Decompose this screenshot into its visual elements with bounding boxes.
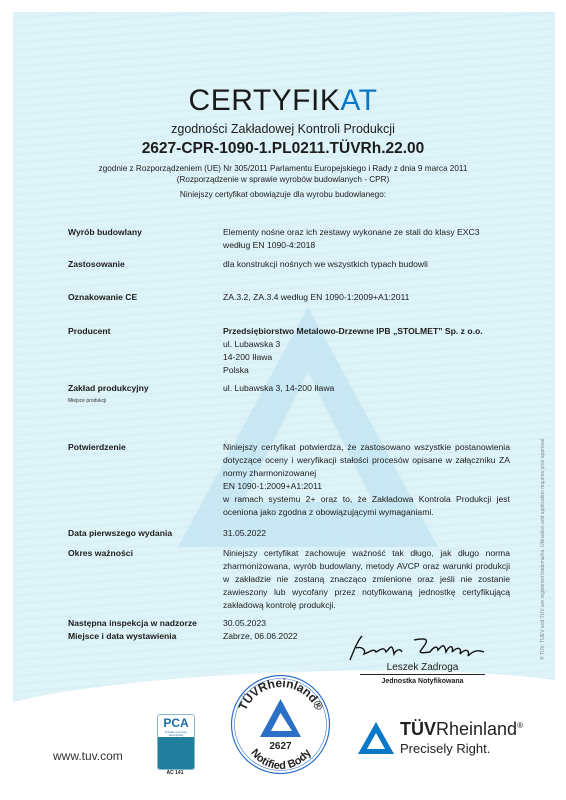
field-label: Miejsce i data wystawienia xyxy=(68,630,218,643)
svg-text:2627: 2627 xyxy=(269,741,292,752)
signer-role: Jednostka Notyfikowana xyxy=(360,678,485,685)
field-label: Wyrób budowlany xyxy=(68,226,218,239)
pca-code: AC 141 xyxy=(157,770,193,776)
field-value: Elementy nośne oraz ich zestawy wykonane… xyxy=(223,226,510,252)
pca-logo-band xyxy=(158,737,194,769)
producer-city: 14-200 Iława xyxy=(223,351,510,364)
producer-name: Przedsiębiorstwo Metalowo-Drzewne IPB „S… xyxy=(223,325,510,338)
notified-body-stamp: TÜVRheinland® 2627 Notified Body xyxy=(229,673,332,776)
field-label: Potwierdzenie xyxy=(68,441,218,454)
field-label: Producent xyxy=(68,325,218,338)
field-value: Niniejszy certyfikat zachowuje ważność t… xyxy=(223,547,510,612)
handwritten-signature xyxy=(340,632,490,664)
field-value: 30.05.2023 xyxy=(223,617,510,630)
field-label: Okres ważności xyxy=(68,547,218,560)
tuv-triangle-icon xyxy=(358,722,394,754)
certificate-number: 2627-CPR-1090-1.PL0211.TÜVRh.22.00 xyxy=(0,140,566,158)
field-value: Niniejszy certyfikat potwierdza, że zast… xyxy=(223,441,510,519)
website-link[interactable]: www.tuv.com xyxy=(53,749,123,763)
producer-country: Polska xyxy=(223,364,510,377)
regulation-text: zgodnie z Rozporządzeniem (UE) Nr 305/20… xyxy=(70,163,496,185)
field-label: Data pierwszego wydania xyxy=(68,527,218,540)
field-label: Oznakowanie CE xyxy=(68,291,218,304)
certificate-subtitle: zgodności Zakładowej Kontroli Produkcji xyxy=(0,122,566,136)
tuv-brand-name: TÜVRheinland® xyxy=(400,719,523,740)
tuv-slogan: Precisely Right. xyxy=(400,741,490,756)
field-label: Następna inspekcja w nadzorze xyxy=(68,617,218,630)
field-label: Zastosowanie xyxy=(68,258,218,271)
field-value: 31.05.2022 xyxy=(223,527,510,540)
field-value: dla konstrukcji nośnych we wszystkich ty… xyxy=(223,258,510,271)
pca-accreditation-logo: PCAPolskie Centrum Akredytacji AC 141 xyxy=(157,714,193,780)
signer-name: Leszek Zadroga xyxy=(360,662,485,675)
tuv-rheinland-logo: TÜVRheinland® Precisely Right. xyxy=(358,717,538,763)
trademark-note: ® TÜV, TUEV and TUV are registered trade… xyxy=(540,360,546,660)
field-label: Zakład produkcyjny xyxy=(68,382,218,395)
field-value: Przedsiębiorstwo Metalowo-Drzewne IPB „S… xyxy=(223,325,510,377)
field-value: ul. Lubawska 3, 14-200 Iława xyxy=(223,382,510,395)
field-value: ZA.3.2, ZA.3.4 według EN 1090-1:2009+A1:… xyxy=(223,291,510,304)
intro-text: Niniejszy certyfikat obowiązuje dla wyro… xyxy=(0,190,566,199)
field-sublabel: Miejsce produkcji xyxy=(68,395,106,408)
certificate-title: CERTYFIKAT xyxy=(0,84,566,118)
producer-street: ul. Lubawska 3 xyxy=(223,338,510,351)
